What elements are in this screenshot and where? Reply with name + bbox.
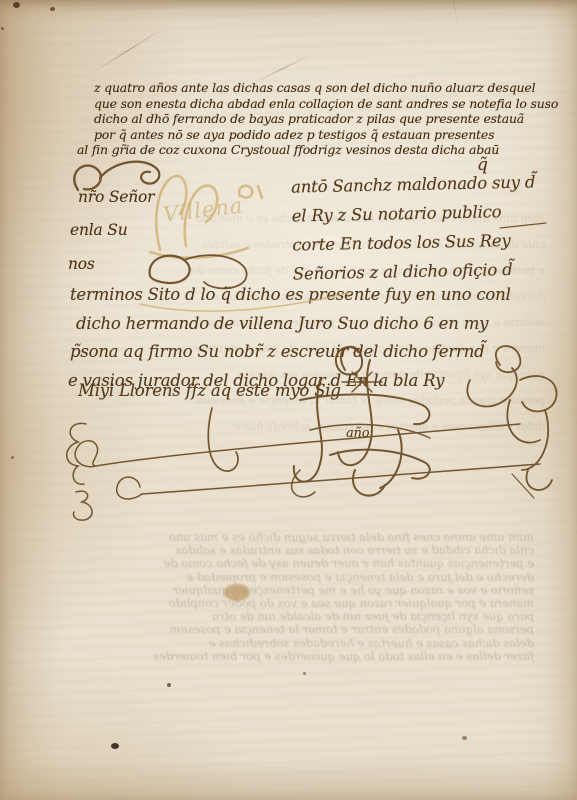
ink-speck xyxy=(11,456,14,459)
ink-speck xyxy=(1,27,4,30)
ink-speck xyxy=(50,7,55,11)
crease-line xyxy=(92,28,164,73)
manuscript-line: dicho al dhō ferrando de bayas praticado… xyxy=(94,111,558,127)
ink-speck xyxy=(303,672,306,675)
left-initial-flourish xyxy=(74,162,159,190)
manuscript-line: por q̃ antes nō se aya podido adez p tes… xyxy=(94,127,558,143)
signature-line: Miyi Llorens ffz aq este myo Sig xyxy=(78,381,341,400)
ink-speck xyxy=(111,743,119,749)
manuscript-line: z quatro años ante las dichas casas q so… xyxy=(94,80,558,96)
manuscript-line: que son enesta dicha abdad enla collaçio… xyxy=(94,96,558,112)
body-paragraph: terminos Sito d lo q̃ dicho es presente … xyxy=(70,281,511,395)
manuscript-line: p̃sona aq firmo Su nobr̃ z escreuir del … xyxy=(70,338,511,367)
ink-speck xyxy=(167,683,171,687)
right-column: antō Sanchz maldonado suy d̃ el Ry z Su … xyxy=(291,167,538,288)
bleedthrough-text-bottom: ınım uıne amno cnes fıno dela tıerra seg… xyxy=(62,531,534,663)
manuscript-line: enla Su xyxy=(70,221,127,239)
manuscript-line: nr̃o Señor xyxy=(78,188,154,206)
manuscript-line: nos xyxy=(68,255,95,273)
manuscript-line: dicho hermando de villena Juro Suo dicho… xyxy=(76,310,511,339)
manuscript-line: terminos Sito d lo q̃ dicho es presente … xyxy=(70,281,511,310)
manuscript-page: ınım uıne amno cnes fıno dela tıerra seg… xyxy=(0,0,577,800)
ink-speck xyxy=(13,2,20,8)
crease-line xyxy=(255,54,311,82)
ink-speck xyxy=(462,736,467,740)
stain-blob xyxy=(224,584,250,601)
top-paragraph: z quatro años ante las dichas casas q so… xyxy=(94,80,558,158)
marginal-abbreviation-glyph: q̃ xyxy=(477,155,488,175)
descender-hook-flourish xyxy=(208,408,238,471)
crease-line xyxy=(449,0,460,28)
knot-word: año xyxy=(346,426,369,441)
